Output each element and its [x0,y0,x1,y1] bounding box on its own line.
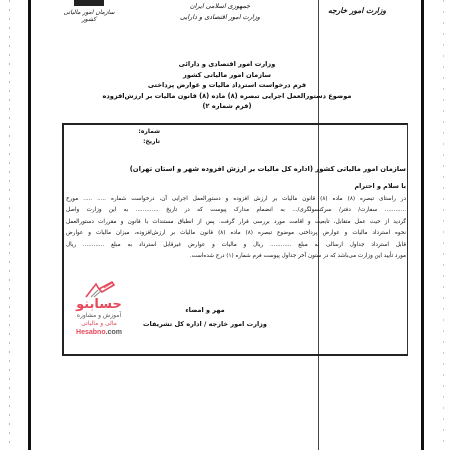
watermark-url-tld: .com [106,329,122,336]
date-label: تاریخ: [120,137,160,147]
watermark-tagline-2: مالی و مالیاتی [64,320,134,328]
header-right-org: وزارت امور خارجه [322,6,392,15]
scan-edge-left [9,0,10,450]
stamp-label: مهر و امضاء [140,303,270,317]
signature-block: مهر و امضاء وزارت امور خارجه / اداره کل … [140,303,270,331]
body-line: ............ سفارت/ دفتر/ سرکنسولگری/...… [66,205,406,216]
body-line: نحوه استرداد مالیات و عوارض پرداختی موضو… [66,228,406,239]
header-center: جمهوری اسلامی ایران وزارت امور اقتصادی و… [160,1,280,23]
watermark-brand: حسابنو [64,298,134,312]
body-line: گردید از حیث عمل متقابل، تابعیت و اقامت … [66,217,406,228]
watermark-logo: حسابنو آموزش و مشاوره مالی و مالیاتی Hes… [64,280,134,338]
form-title-block: وزارت امور اقتصادی و دارائی سازمان امور … [62,59,392,112]
header-left-logo: سازمان امور مالیاتی کشور [58,0,120,23]
body-line: قابل استرداد جداول ارسالی به مبلغ ......… [66,240,406,251]
book-icon [82,280,116,298]
letter-greeting: با سلام و احترام [300,182,406,190]
body-line: مورد تأیید این وزارت می‌باشد که در ستون … [66,251,406,262]
letter-recipient: سازمان امور مالیاتی کشور (اداره کل مالیا… [178,165,406,173]
title-subject: موضوع دستورالعمل اجرایی تبصره (۸) ماده (… [62,91,392,102]
body-line: در راستای تبصره (۸) ماده (۸) قانون مالیا… [66,194,406,205]
signer-name: وزارت امور خارجه / اداره کل تشریفات [140,317,270,331]
watermark-tagline-1: آموزش و مشاوره [64,312,134,320]
page-border-right [421,0,424,450]
title-form-number: (فرم شماره ۲) [62,101,392,112]
letter-body: در راستای تبصره (۸) ماده (۸) قانون مالیا… [66,194,406,262]
title-ministry: وزارت امور اقتصادی و دارائی [62,59,392,70]
page-border-left [28,0,31,450]
header-left-org: سازمان امور مالیاتی کشور [58,9,120,23]
letter-meta: شماره: تاریخ: [120,127,160,147]
watermark-url: Hesabno.com [64,328,134,338]
scan-edge-right [443,0,444,450]
tax-org-emblem-icon [74,0,104,6]
header-ministry: وزارت امور اقتصادی و دارایی [160,12,280,23]
header-country: جمهوری اسلامی ایران [160,1,280,12]
title-form-name: فرم درخواست استرداد مالیات و عوارض پرداخ… [62,80,392,91]
watermark-url-main: Hesabno [76,329,106,336]
title-org: سازمان امور مالیاتی کشور [62,70,392,81]
number-label: شماره: [120,127,160,137]
